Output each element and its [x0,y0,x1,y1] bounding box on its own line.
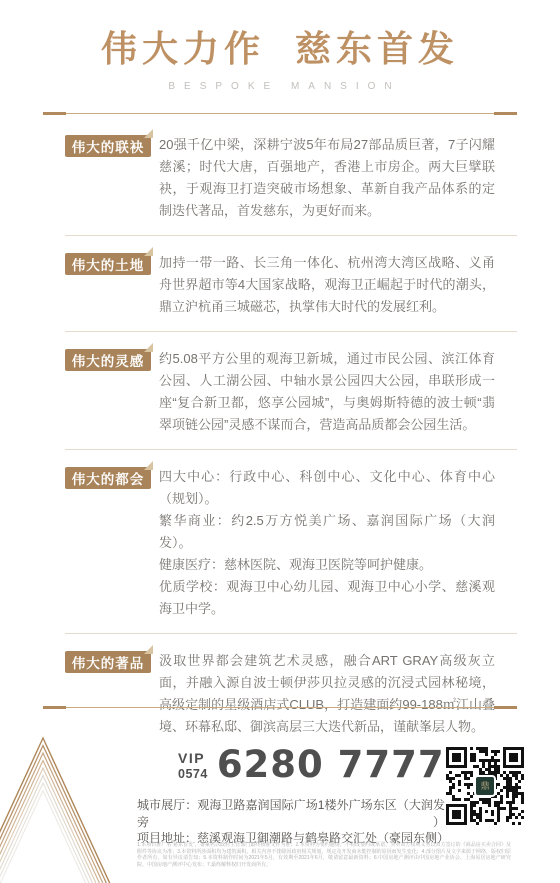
badge-fold-icon [144,129,153,138]
section-text: 汲取世界都会建筑艺术灵感，融合ART GRAY高级灰立面，并融入源自波士顿伊莎贝… [159,650,517,738]
section-badge: 伟大的土地 [65,253,151,275]
badge-fold-icon [144,645,153,654]
divider-right-cap [494,706,517,709]
sections-list: 伟大的联袂 20强千亿中梁，深耕宁波5年布局27部品质巨著，7子闪耀慈溪；时代大… [65,115,517,751]
qr-code: 鼎 [446,747,524,825]
section-lianmei: 伟大的联袂 20强千亿中梁，深耕宁波5年布局27部品质巨著，7子闪耀慈溪；时代大… [65,118,517,235]
badge-fold-icon [144,461,153,470]
section-text: 20强千亿中梁，深耕宁波5年布局27部品质巨著，7子闪耀慈溪；时代大唐，百强地产… [159,134,517,222]
divider-left-cap [43,112,66,115]
section-badge-label: 伟大的联袂 [72,136,145,156]
section-text: 约5.08平方公里的观海卫新城，通过市民公园、滨江体育公园、人工湖公园、中轴水景… [159,348,517,436]
section-badge: 伟大的灵感 [65,349,151,371]
section-text: 加持一带一路、长三角一体化、杭州湾大湾区战略、义甬舟世界超市等4大国家战略，观海… [159,252,517,318]
divider-line [66,113,494,114]
phone-number: 6280 7777 [217,746,445,784]
divider-right-cap [494,112,517,115]
badge-fold-icon [144,247,153,256]
vip-phone: VIP 0574 6280 7777 [137,746,445,784]
section-badge-label: 伟大的都会 [72,468,145,488]
contact-block: VIP 0574 6280 7777 城市展厅：观海卫路嘉润国际广场1楼外广场东… [137,746,445,847]
section-tudi: 伟大的土地 加持一带一路、长三角一体化、杭州湾大湾区战略、义甬舟世界超市等4大国… [65,236,517,331]
section-badge: 伟大的联袂 [65,135,151,157]
page-title: 伟大力作 慈东首发 [0,26,560,72]
vip-label: VIP [178,751,208,765]
section-badge-label: 伟大的灵感 [72,350,145,370]
header: 伟大力作 慈东首发 BESPOKE MANSION [0,0,560,115]
section-badge: 伟大的著品 [65,651,151,673]
page-subtitle: BESPOKE MANSION [0,81,560,92]
section-linggan: 伟大的灵感 约5.08平方公里的观海卫新城，通过市民公园、滨江体育公园、人工湖公… [65,332,517,449]
area-code: 0574 [178,768,208,781]
badge-fold-icon [144,343,153,352]
section-badge: 伟大的都会 [65,467,151,489]
poster-page: 伟大力作 慈东首发 BESPOKE MANSION 伟大的联袂 20强千亿中梁，… [0,0,560,883]
section-text: 四大中心：行政中心、科创中心、文化中心、体育中心（规划）。 繁华商业：约2.5万… [159,466,517,620]
section-badge-label: 伟大的著品 [72,652,145,672]
disclaimer-fine-print: 1.本项目推广名“慈东首发”，备案名以政府主管部门最终核准文件为准；2.本资料为… [137,842,511,868]
section-badge-label: 伟大的土地 [72,254,145,274]
section-duhui: 伟大的都会 四大中心：行政中心、科创中心、文化中心、体育中心（规划）。 繁华商业… [65,450,517,633]
qr-center-logo-icon: 鼎 [474,775,496,797]
vip-area-code: VIP 0574 [178,746,208,781]
showroom-address: 城市展厅：观海卫路嘉润国际广场1楼外广场东区（大润发旁） [137,797,445,830]
